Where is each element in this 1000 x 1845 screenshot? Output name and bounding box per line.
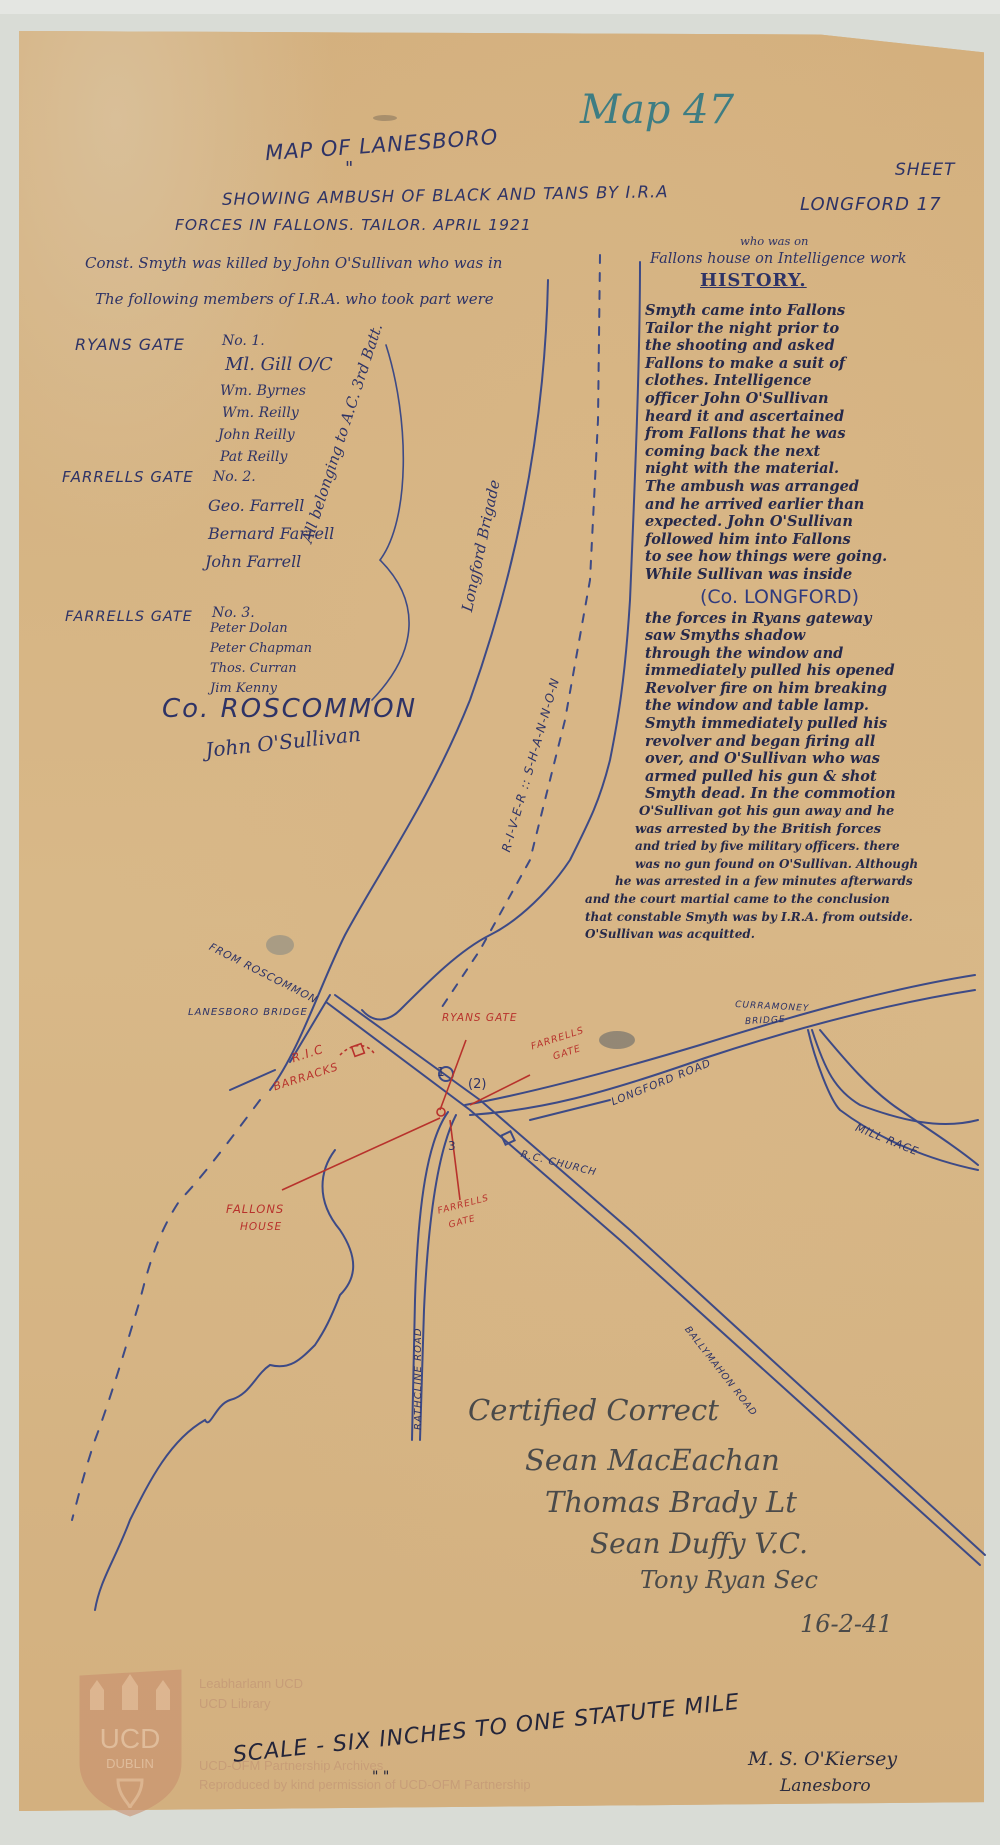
history-line: the forces in Ryans gateway: [645, 610, 985, 628]
signature: Sean Duffy V.C.: [590, 1530, 808, 1558]
subtitle-line-2: FORCES IN FALLONS. TAILOR. APRIL 1921: [175, 218, 532, 234]
history-line: saw Smyths shadow: [645, 627, 985, 645]
member-name: Geo. Farrell: [208, 498, 304, 514]
western-shore: [95, 1150, 353, 1610]
history-line: expected. John O'Sullivan: [645, 513, 985, 531]
history-line: clothes. Intelligence: [645, 372, 985, 390]
ucd-logo-text: UCD: [100, 1723, 161, 1754]
history-line: that constable Smyth was by I.R.A. from …: [585, 909, 985, 927]
history-heading: HISTORY.: [700, 272, 807, 290]
history-text: Smyth came into Fallons Tailor the night…: [645, 302, 985, 944]
history-line: the window and table lamp.: [645, 697, 985, 715]
history-line: was arrested by the British forces: [635, 821, 985, 839]
member-name: John Farrell: [205, 554, 301, 570]
sheet-reference: LONGFORD 17: [800, 196, 942, 214]
county-roscommon-label: Co. ROSCOMMON: [162, 696, 417, 722]
history-line: to see how things were going.: [645, 548, 985, 566]
title-ditto: ": [345, 160, 353, 178]
history-line: Smyth immediately pulled his: [645, 715, 985, 733]
certification-date: 16-2-41: [800, 1612, 893, 1636]
history-line: followed him into Fallons: [645, 531, 985, 549]
intro-line-2: The following members of I.R.A. who took…: [95, 292, 494, 307]
position-marker-2: (2): [468, 1078, 486, 1091]
gate-number-1: No. 1.: [222, 334, 265, 348]
history-line: While Sullivan was inside: [645, 566, 985, 584]
history-line: through the window and: [645, 645, 985, 663]
gate-label-1: RYANS GATE: [75, 337, 185, 353]
longford-road-2: [470, 990, 975, 1115]
county-longford-label: (Co. LONGFORD): [645, 584, 985, 610]
svg-text:DUBLIN: DUBLIN: [106, 1756, 154, 1771]
lanesboro-bridge-label: LANESBORO BRIDGE: [188, 1008, 308, 1018]
sheet-label: SHEET: [895, 162, 955, 179]
bracket: [372, 345, 409, 700]
rathcline-road-2: [420, 1115, 456, 1440]
watermark-library-irish: Leabharlann UCD: [199, 1676, 303, 1691]
member-name: Wm. Reilly: [222, 406, 299, 420]
certification-line: Certified Correct: [468, 1396, 719, 1425]
author-location: Lanesboro: [780, 1778, 871, 1795]
history-line: O'Sullivan was acquitted.: [585, 926, 985, 944]
history-line: over, and O'Sullivan who was: [645, 750, 985, 768]
history-line: and he arrived earlier than: [645, 496, 985, 514]
gate-label-3: FARRELLS GATE: [65, 610, 193, 625]
history-line: The ambush was arranged: [645, 478, 985, 496]
mill-race-1: [812, 1030, 978, 1124]
history-line: night with the material.: [645, 460, 985, 478]
author-signature: M. S. O'Kiersey: [748, 1750, 897, 1769]
gate-number-2: No. 2.: [213, 470, 256, 484]
signature: Thomas Brady Lt: [545, 1488, 797, 1517]
member-name: Ml. Gill O/C: [225, 356, 333, 374]
ucd-logo: UCD DUBLIN: [78, 1668, 183, 1818]
river-channel-dashed: [440, 255, 600, 1010]
position-marker-3: 3: [448, 1140, 456, 1152]
member-name: Peter Dolan: [210, 622, 288, 635]
history-line: was no gun found on O'Sullivan. Although: [635, 856, 985, 874]
history-line: immediately pulled his opened: [645, 662, 985, 680]
history-line: and the court martial came to the conclu…: [585, 891, 985, 909]
gate-label-2: FARRELLS GATE: [62, 470, 194, 485]
gate-number-3: No. 3.: [212, 606, 255, 620]
signature: Sean MacEachan: [525, 1446, 780, 1475]
member-name: Pat Reilly: [220, 450, 287, 464]
history-line: from Fallons that he was: [645, 425, 985, 443]
intro-insert: who was on: [740, 236, 808, 248]
history-line: and tried by five military officers. the…: [635, 838, 985, 856]
history-line: Smyth came into Fallons: [645, 302, 985, 320]
fallons-house-label-1: FALLONS: [226, 1204, 284, 1216]
history-line: the shooting and asked: [645, 337, 985, 355]
river-west-bank: [270, 280, 548, 1090]
rathcline-road-label: RATHCLINE ROAD: [414, 1327, 424, 1430]
ryans-gate-label: RYANS GATE: [442, 1013, 518, 1024]
signature: Tony Ryan Sec: [640, 1568, 818, 1592]
history-line: armed pulled his gun & shot: [645, 768, 985, 786]
history-line: revolver and began firing all: [645, 733, 985, 751]
intro-line-1: Const. Smyth was killed by John O'Sulliv…: [85, 256, 502, 271]
history-line: Smyth dead. In the commotion: [645, 785, 985, 803]
member-name: Wm. Byrnes: [220, 384, 306, 398]
history-line: Fallons to make a suit of: [645, 355, 985, 373]
history-line: coming back the next: [645, 443, 985, 461]
member-name: Thos. Curran: [210, 662, 297, 675]
history-line: officer John O'Sullivan: [645, 390, 985, 408]
member-name: Peter Chapman: [210, 642, 312, 655]
history-line: O'Sullivan got his gun away and he: [639, 803, 985, 821]
scale-ditto: " ": [372, 1770, 389, 1784]
history-line: Revolver fire on him breaking: [645, 680, 985, 698]
archive-mark: Map 47: [580, 90, 734, 130]
fallons-house-label-2: HOUSE: [240, 1222, 282, 1233]
intro-line-1-continued: Fallons house on Intelligence work: [650, 252, 907, 267]
history-line: heard it and ascertained: [645, 408, 985, 426]
watermark-library-english: UCD Library: [199, 1696, 271, 1711]
position-marker-1: 1: [437, 1066, 445, 1078]
member-name: John Reilly: [218, 428, 295, 442]
history-line: Tailor the night prior to: [645, 320, 985, 338]
history-line: he was arrested in a few minutes afterwa…: [615, 873, 985, 891]
watermark-permission: Reproduced by kind permission of UCD-OFM…: [199, 1777, 531, 1792]
